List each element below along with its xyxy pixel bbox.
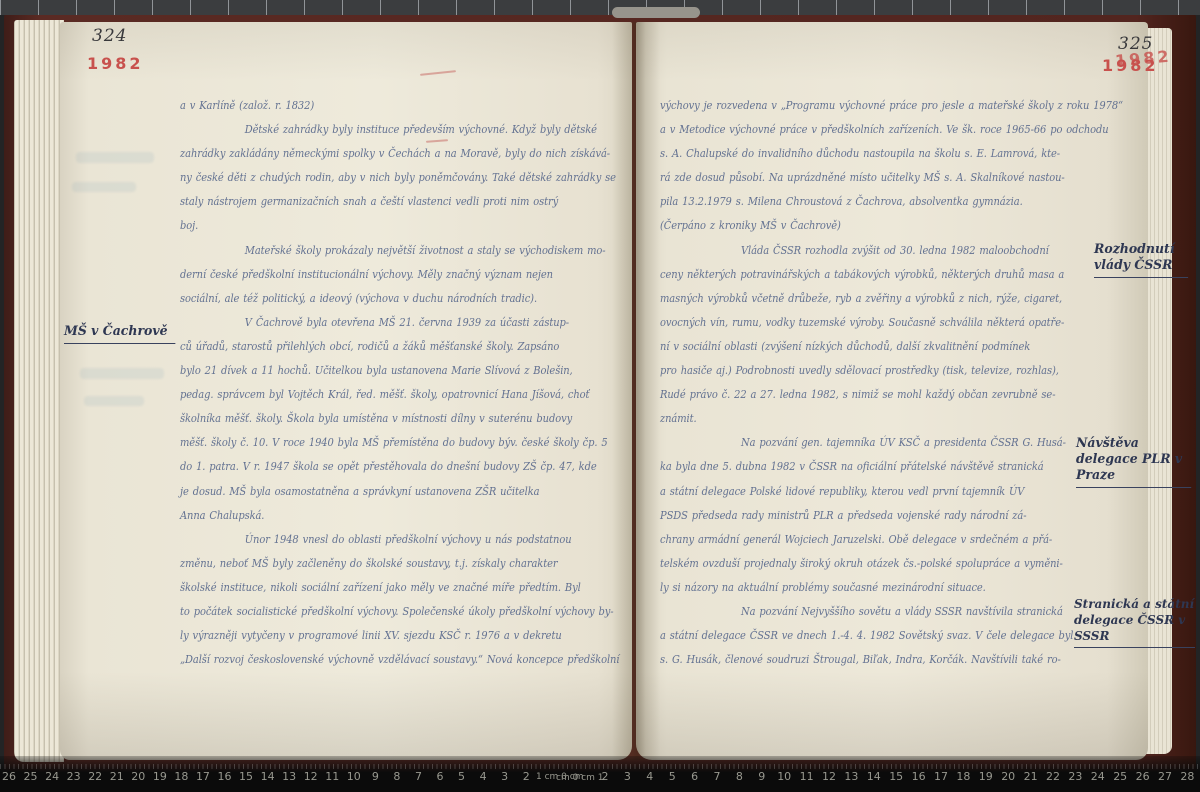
handwritten-line: je dosud. MŠ byla osamostatněna a správk…: [180, 480, 581, 504]
ruler-number: 19: [975, 770, 997, 783]
ruler-number: 23: [63, 770, 85, 783]
ruler-number: 19: [149, 770, 171, 783]
ruler-clip: [612, 7, 700, 18]
chronicle-photo: 324 1982 MŠ v Čachrově a v Karlíně (zalo…: [0, 0, 1200, 792]
left-page: 324 1982 MŠ v Čachrově a v Karlíně (zalo…: [60, 22, 632, 760]
ruler-number: 24: [41, 770, 63, 783]
handwritten-line: telském ovzduší projednaly široký okruh …: [660, 552, 1096, 576]
handwritten-line: známit.: [660, 407, 1096, 431]
handwritten-line: změnu, neboť MŠ byly začleněny do školsk…: [180, 552, 581, 576]
ruler-number: 4: [472, 770, 494, 783]
ruler-number: 22: [1042, 770, 1064, 783]
ruler-number: 21: [1020, 770, 1042, 783]
handwritten-line: derní české předškolní institucionální v…: [180, 263, 581, 287]
handwritten-line: bylo 21 dívek a 11 hochů. Učitelkou byla…: [180, 359, 581, 383]
ruler-number: 16: [214, 770, 236, 783]
ruler-number: 3: [494, 770, 516, 783]
handwritten-line: staly nástrojem germanizačních snah a če…: [180, 190, 581, 214]
margin-note-ms-cachrov: MŠ v Čachrově: [64, 324, 175, 344]
red-mark: [420, 70, 456, 76]
ruler-number: 20: [997, 770, 1019, 783]
ruler-number: 11: [321, 770, 343, 783]
ruler-number: 8: [728, 770, 750, 783]
handwritten-line: Vláda ČSSR rozhodla zvýšit od 30. ledna …: [660, 239, 1096, 263]
ruler-number: 14: [863, 770, 885, 783]
ruler-number: 24: [1087, 770, 1109, 783]
left-page-text: a v Karlíně (založ. r. 1832)Dětské zahrá…: [180, 94, 626, 672]
handwritten-line: ovocných vín, rumu, vodky tuzemské výrob…: [660, 311, 1096, 335]
ruler-number: 26: [0, 770, 20, 783]
ruler-number: 7: [706, 770, 728, 783]
ruler-number: 26: [1132, 770, 1154, 783]
handwritten-line: ly výrazněji vytyčeny v programové linii…: [180, 624, 581, 648]
ruler-number: 17: [192, 770, 214, 783]
ink-bleedthrough: [72, 182, 136, 192]
handwritten-line: ců úřadů, starostů přilehlých obcí, rodi…: [180, 335, 581, 359]
ruler-number: 12: [818, 770, 840, 783]
ruler-number: 14: [257, 770, 279, 783]
bottom-ruler: 2625242322212019181716151413121110987654…: [0, 756, 1200, 792]
ruler-number: 22: [84, 770, 106, 783]
ruler-number: 2: [594, 770, 616, 783]
ruler-number: 23: [1064, 770, 1086, 783]
ruler-number: 8: [386, 770, 408, 783]
ruler-number: 11: [796, 770, 818, 783]
handwritten-line: Dětské zahrádky byly instituce především…: [180, 118, 581, 142]
left-page-edge-stack: [14, 20, 64, 762]
handwritten-line: V Čachrově byla otevřena MŠ 21. června 1…: [180, 311, 581, 335]
handwritten-line: sociální, ale též politický, a ideový (v…: [180, 287, 581, 311]
ruler-number: 9: [364, 770, 386, 783]
handwritten-line: s. G. Husák, členové soudruzi Štrougal, …: [660, 648, 1096, 672]
handwritten-line: chrany armádní generál Wojciech Jaruzels…: [660, 528, 1096, 552]
ruler-number: 4: [639, 770, 661, 783]
handwritten-line: ní v sociální oblasti (zvýšení nízkých d…: [660, 335, 1096, 359]
ruler-number: 25: [1109, 770, 1131, 783]
ruler-number: 15: [235, 770, 257, 783]
page-number-left: 324: [92, 26, 127, 46]
ruler-number: 20: [127, 770, 149, 783]
year-stamp-right: 1982 1982: [1102, 56, 1159, 75]
handwritten-line: zahrádky zakládány německými spolky v Če…: [180, 142, 581, 166]
handwritten-line: boj.: [180, 214, 581, 238]
handwritten-line: Na pozvání gen. tajemníka ÚV KSČ a presi…: [660, 431, 1096, 455]
ruler-number: 3: [616, 770, 638, 783]
right-page: 325 1982 1982 Rozhodnutí vlády ČSSR Návš…: [636, 22, 1148, 760]
handwritten-line: Na pozvání Nejvyššího sovětu a vlády SSS…: [660, 600, 1096, 624]
handwritten-line: pro hasiče aj.) Podrobnosti uvedly sdělo…: [660, 359, 1096, 383]
year-stamp-left: 1982: [87, 54, 144, 73]
handwritten-line: ceny některých potravinářských a tabákov…: [660, 263, 1096, 287]
ruler-number: 28: [1176, 770, 1198, 783]
ruler-number: 5: [661, 770, 683, 783]
handwritten-line: „Další rozvoj československé výchovně vz…: [180, 648, 581, 672]
handwritten-line: a v Metodice výchovné práce v předškolní…: [660, 118, 1096, 142]
ruler-number: 18: [952, 770, 974, 783]
ruler-number: 21: [106, 770, 128, 783]
handwritten-line: rá zde dosud působí. Na uprázdněné místo…: [660, 166, 1096, 190]
ruler-number: 12: [300, 770, 322, 783]
ruler-number: 6: [684, 770, 706, 783]
handwritten-line: ly si názory na aktuální problémy součas…: [660, 576, 1096, 600]
ruler-number: 6: [429, 770, 451, 783]
handwritten-line: PSDS předseda rady ministrů PLR a předse…: [660, 504, 1096, 528]
ruler-number: 18: [170, 770, 192, 783]
handwritten-line: Únor 1948 vnesl do oblasti předškolní vý…: [180, 528, 581, 552]
handwritten-line: a v Karlíně (založ. r. 1832): [180, 94, 581, 118]
right-page-text: výchovy je rozvedena v „Programu výchovn…: [660, 94, 1144, 672]
handwritten-line: pila 13.2.1979 s. Milena Chroustová z Ča…: [660, 190, 1096, 214]
ruler-number: 27: [1154, 770, 1176, 783]
handwritten-line: do 1. patra. V r. 1947 škola se opět pře…: [180, 455, 581, 479]
handwritten-line: výchovy je rozvedena v „Programu výchovn…: [660, 94, 1096, 118]
handwritten-line: (Čerpáno z kroniky MŠ v Čachrově): [660, 214, 1096, 238]
ink-bleedthrough: [76, 152, 154, 163]
ink-bleedthrough: [84, 396, 144, 406]
ruler-number: 10: [343, 770, 365, 783]
ruler-number: 7: [407, 770, 429, 783]
ruler-number: 13: [278, 770, 300, 783]
handwritten-line: s. A. Chalupské do invalidního důchodu n…: [660, 142, 1096, 166]
ruler-number: 16: [908, 770, 930, 783]
ruler-number: 2: [515, 770, 537, 783]
handwritten-line: ka byla dne 5. dubna 1982 v ČSSR na ofic…: [660, 455, 1096, 479]
ruler-number: 10: [773, 770, 795, 783]
ruler-ticks: [0, 764, 1200, 769]
handwritten-line: ny české děti z chudých rodin, aby v nic…: [180, 166, 581, 190]
handwritten-line: školníka měšť. školy. Škola byla umístěn…: [180, 407, 581, 431]
ink-bleedthrough: [80, 368, 164, 379]
handwritten-line: a státní delegace Polské lidové republik…: [660, 480, 1096, 504]
handwritten-line: a státní delegace ČSSR ve dnech 1.-4. 4.…: [660, 624, 1096, 648]
handwritten-line: školské instituce, nikoli sociální zaříz…: [180, 576, 581, 600]
top-ruler-band: [0, 0, 1200, 15]
handwritten-line: to počátek socialistické předškolní vých…: [180, 600, 581, 624]
handwritten-line: masných výrobků včetně drůbeže, ryb a zv…: [660, 287, 1096, 311]
handwritten-line: měšť. školy č. 10. V roce 1940 byla MŠ p…: [180, 431, 581, 455]
handwritten-line: pedag. správcem byl Vojtěch Král, řed. m…: [180, 383, 581, 407]
ruler-number: 17: [930, 770, 952, 783]
handwritten-line: Rudé právo č. 22 a 27. ledna 1982, s nim…: [660, 383, 1096, 407]
handwritten-line: Anna Chalupská.: [180, 504, 581, 528]
ruler-number: 5: [451, 770, 473, 783]
ruler-number: 15: [885, 770, 907, 783]
ruler-number: 13: [840, 770, 862, 783]
ruler-number: 9: [751, 770, 773, 783]
handwritten-line: Mateřské školy prokázaly největší životn…: [180, 239, 581, 263]
ruler-number: 25: [20, 770, 42, 783]
